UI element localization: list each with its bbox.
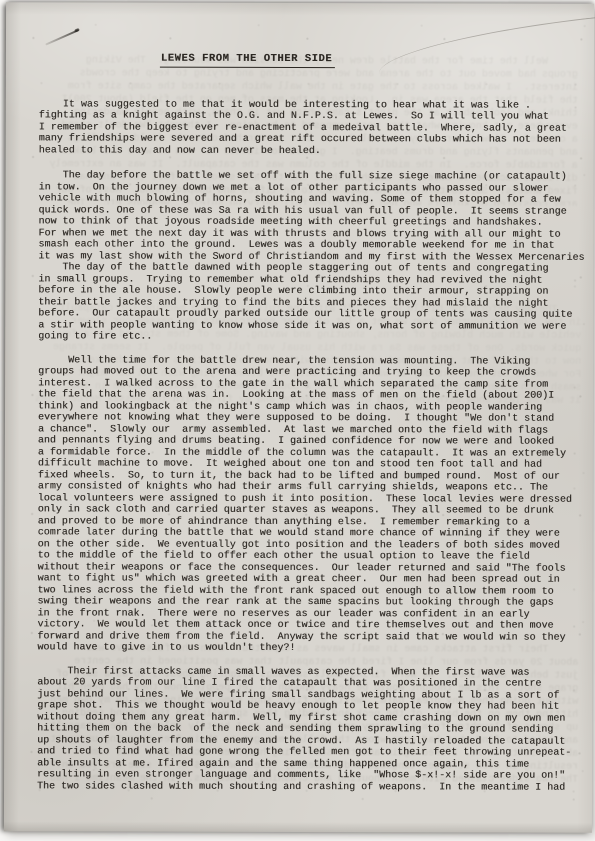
paragraph-first-attacks: Their first attacks came in small waves … — [37, 666, 589, 794]
paragraph-battle-morning: The day of the battle dawned with people… — [38, 262, 590, 344]
scanned-document-page: Well the time for the battle drew near, … — [4, 2, 594, 833]
paragraph-journey: The day before the battle we set off wit… — [38, 170, 590, 263]
page-title: LEWES FROM THE OTHER SIDE — [160, 53, 335, 68]
paragraph-battle-preparation: Well the time for the battle drew near, … — [37, 355, 590, 655]
document-content: LEWES FROM THE OTHER SIDE It was suggest… — [37, 47, 591, 793]
paragraph-introduction: It was suggested to me that it would be … — [39, 99, 591, 158]
pencil-mark — [45, 29, 79, 45]
title-row: LEWES FROM THE OTHER SIDE — [160, 48, 591, 69]
